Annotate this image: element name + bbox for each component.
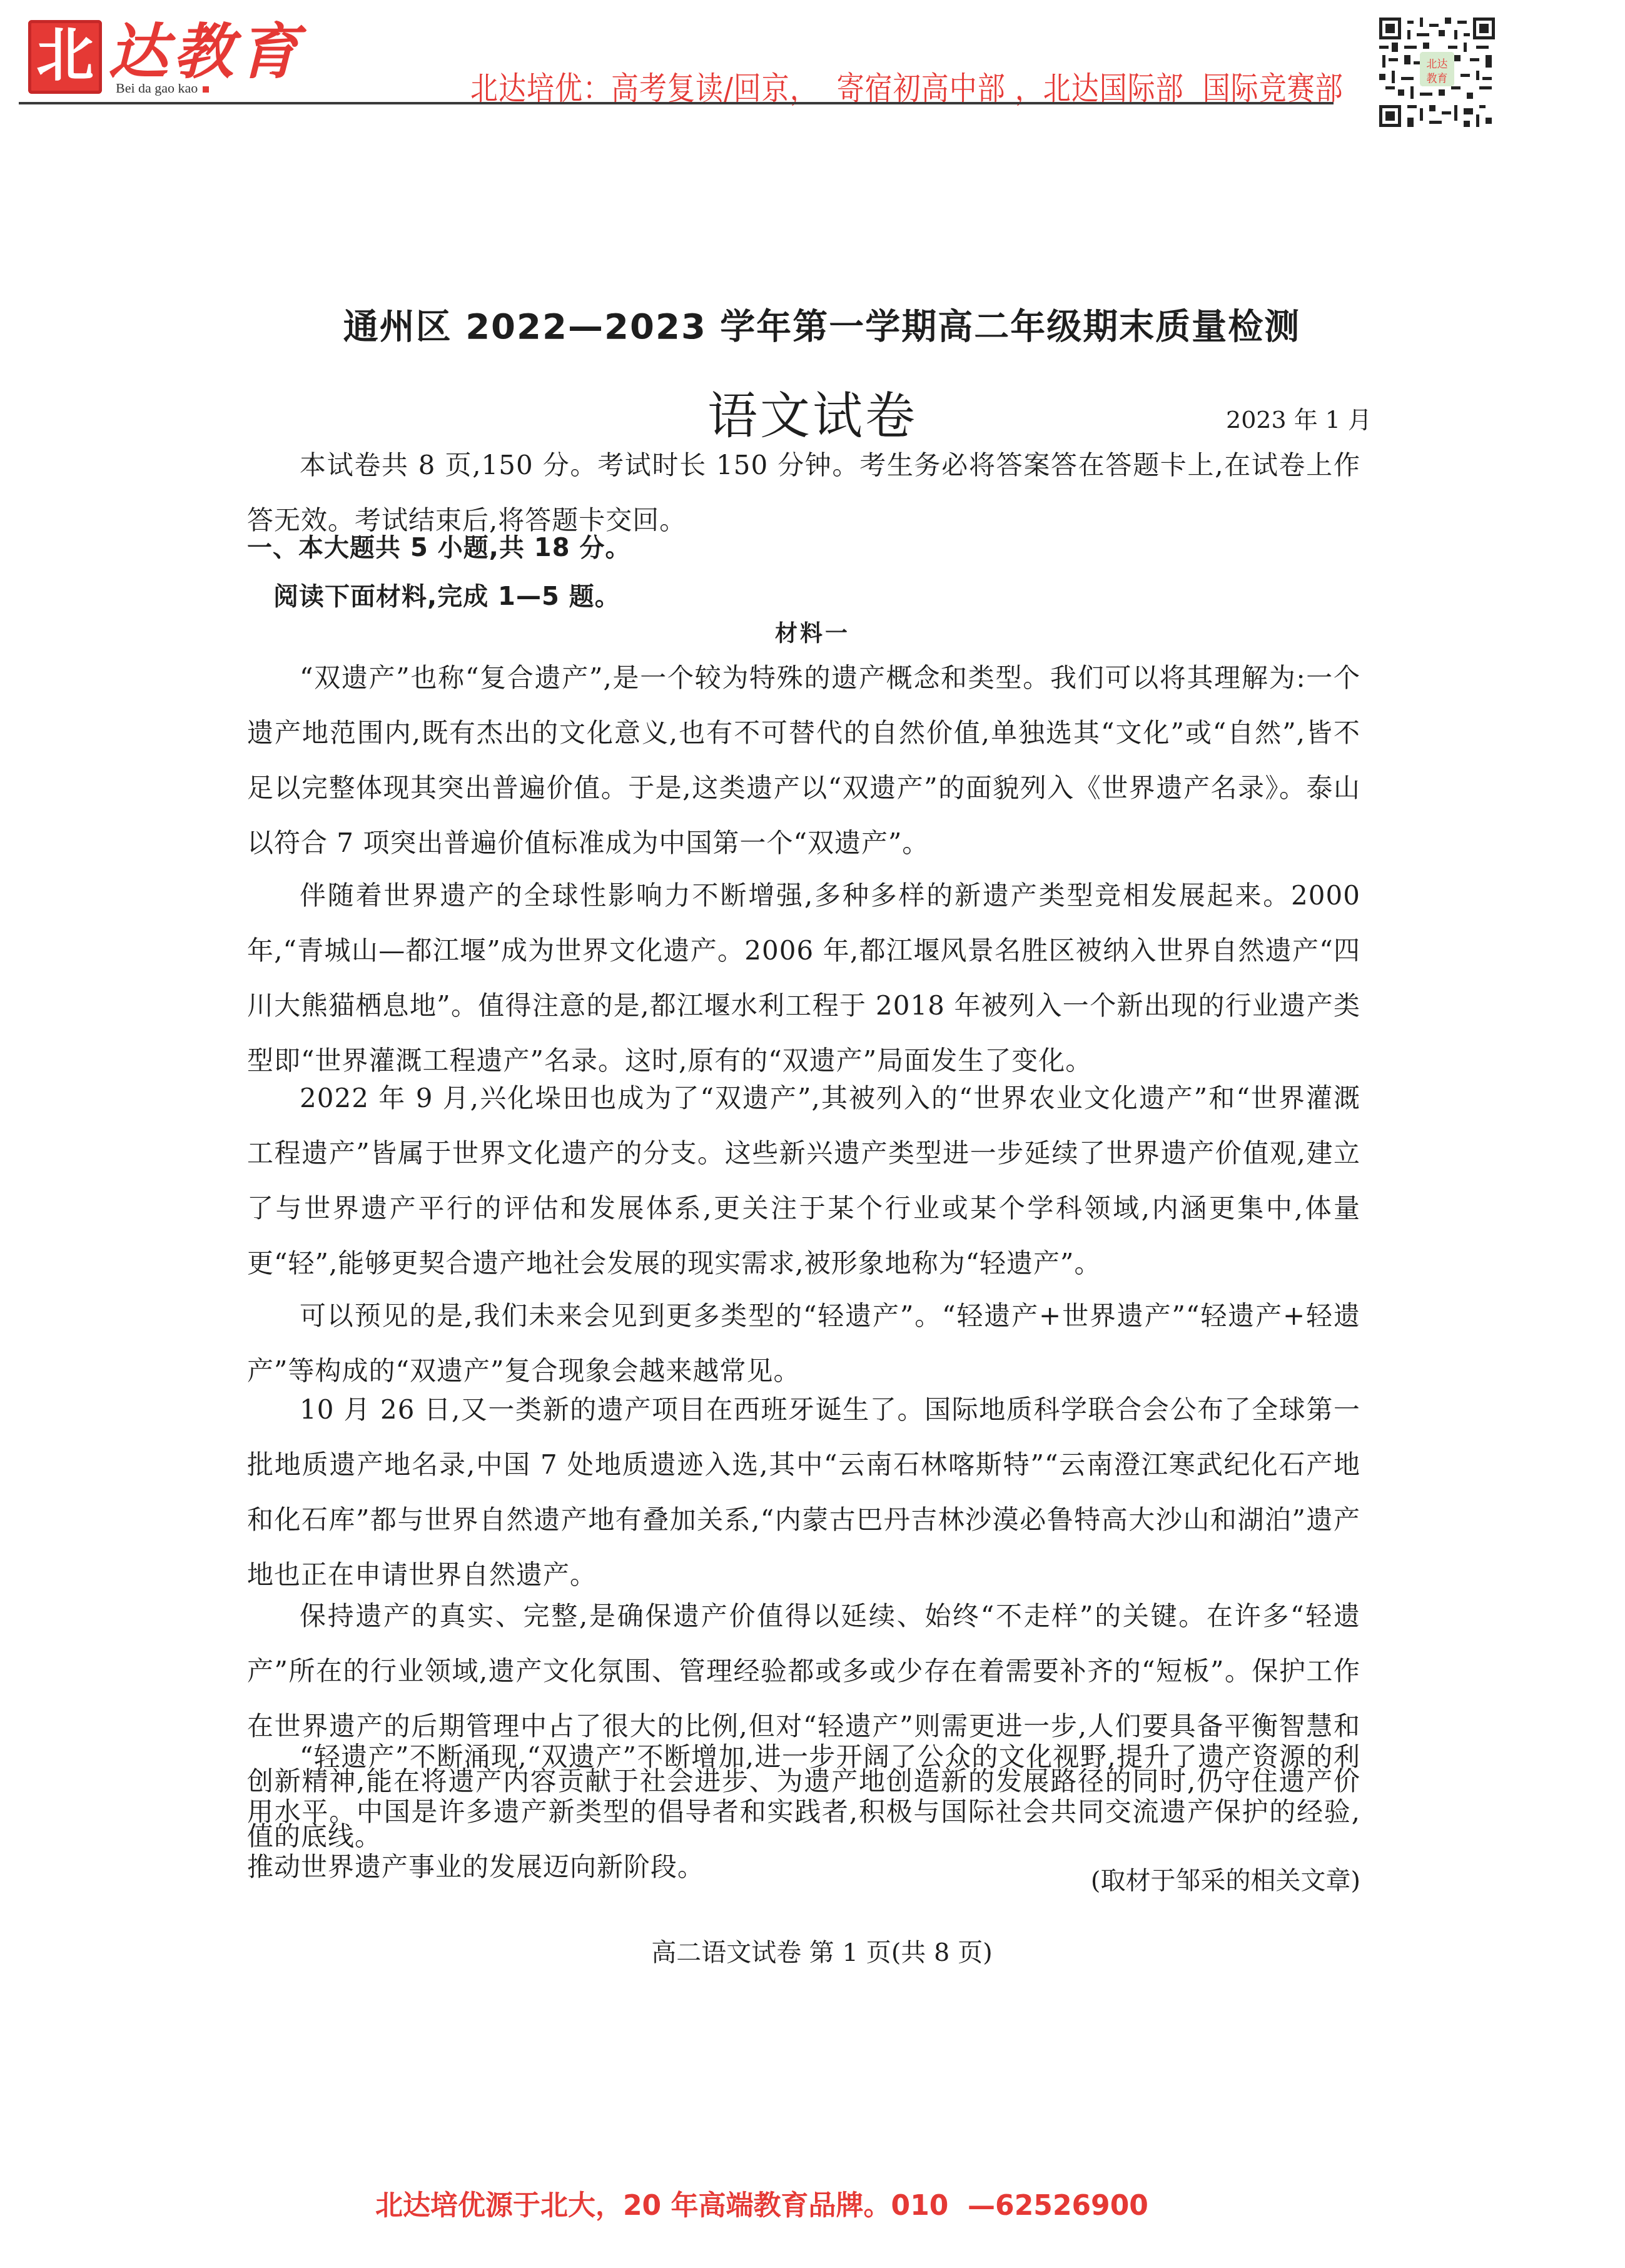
subject-title: 语文试卷 bbox=[0, 375, 1625, 447]
material-title: 材料一 bbox=[0, 616, 1625, 648]
square-bullet-icon bbox=[203, 86, 209, 93]
logo-subtitle: Bei da gao kao bbox=[116, 80, 209, 96]
svg-text:北达: 北达 bbox=[1427, 58, 1448, 71]
paragraph: “双遗产”也称“复合遗产”,是一个较为特殊的遗产概念和类型。我们可以将其理解为:… bbox=[247, 651, 1360, 871]
paragraph: 10 月 26 日,又一类新的遗产项目在西班牙诞生了。国际地质科学联合会公布了全… bbox=[247, 1382, 1360, 1602]
qr-code-icon: 北达 教育 bbox=[1379, 18, 1495, 127]
paragraph: 2022 年 9 月,兴化垛田也成为了“双遗产”,其被列入的“世界农业文化遗产”… bbox=[247, 1071, 1360, 1291]
paragraph: 伴随着世界遗产的全球性影响力不断增强,多种多样的新遗产类型竞相发展起来。2000… bbox=[247, 868, 1360, 1088]
logo-subtitle-text: Bei da gao kao bbox=[116, 80, 198, 96]
exam-title: 通州区 2022—2023 学年第一学期高二年级期末质量检测 bbox=[0, 299, 1625, 349]
source-citation: (取材于邹采的相关文章) bbox=[1001, 1861, 1360, 1896]
svg-text:教育: 教育 bbox=[1427, 73, 1448, 85]
logo-name: 达教育 bbox=[108, 18, 303, 86]
exam-date: 2023 年 1 月 bbox=[1226, 400, 1372, 435]
section-heading: 一、本大题共 5 小题,共 18 分。 bbox=[247, 520, 1360, 575]
footer-promo: 北达培优源于北大，20 年高端教育品牌。010 —62526900 bbox=[375, 2183, 1148, 2223]
page-footer: 高二语文试卷 第 1 页(共 8 页) bbox=[0, 1933, 1625, 1968]
logo-seal-char: 北 bbox=[28, 24, 102, 86]
brand-logo: 北 达教育 Bei da gao kao bbox=[28, 20, 378, 95]
logo-seal: 北 bbox=[28, 20, 102, 94]
header-divider bbox=[19, 102, 1334, 104]
